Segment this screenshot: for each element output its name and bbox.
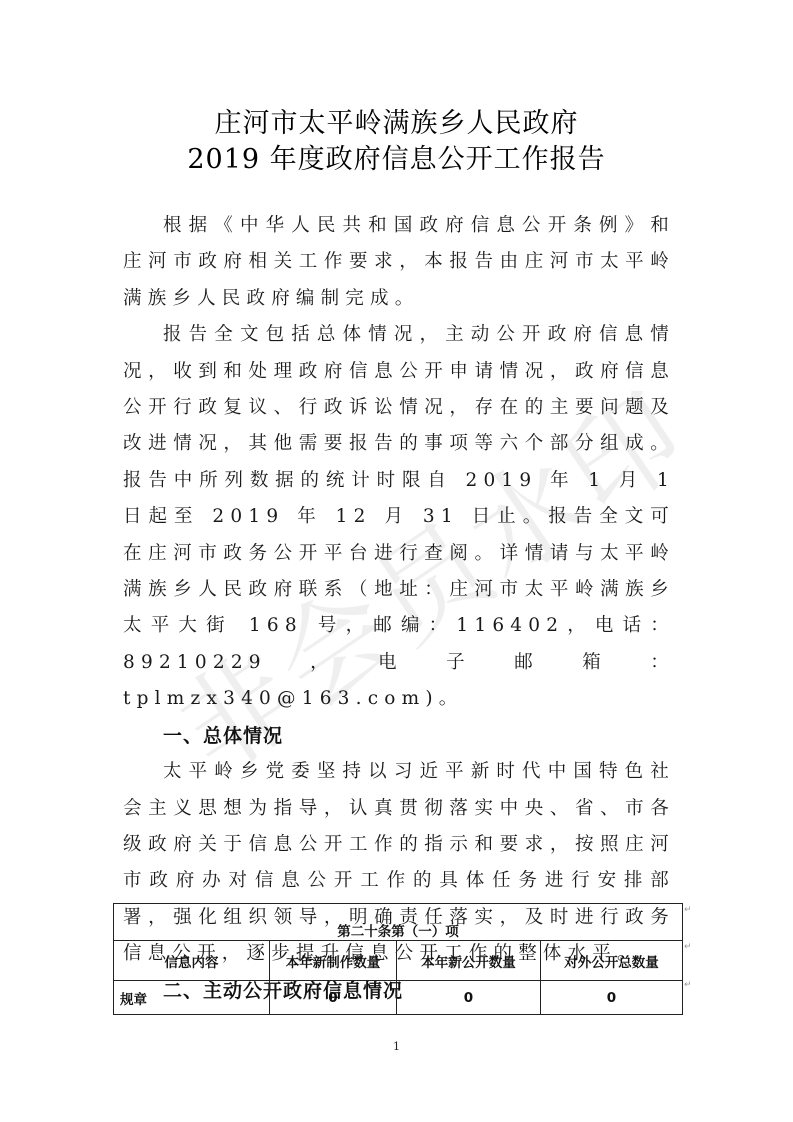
table-cell-new-made: 0 (270, 981, 397, 1015)
intro-paragraph-2: 报告全文包括总体情况，主动公开政府信息情况，收到和处理政府信息公开申请情况，政府… (123, 317, 675, 717)
table-caption: 第二十条第（一）项 (114, 904, 683, 941)
table-header-new-made: 本年新制作数量 (270, 941, 397, 981)
paragraph-mark-icon: ↵ (684, 905, 692, 915)
intro-paragraph-1: 根据《中华人民共和国政府信息公开条例》和庄河市政府相关工作要求，本报告由庄河市太… (123, 208, 675, 317)
document-page: 非会员水印 庄河市太平岭满族乡人民政府 2019 年度政府信息公开工作报告 根据… (0, 0, 793, 1122)
table-row: 规章 0 0 0 (114, 981, 683, 1015)
page-number: 1 (0, 1040, 793, 1053)
document-body: 根据《中华人民共和国政府信息公开条例》和庄河市政府相关工作要求，本报告由庄河市太… (123, 208, 675, 1009)
paragraph-mark-icon: ↵ (684, 942, 692, 952)
document-title-line2: 2019 年度政府信息公开工作报告 (0, 137, 793, 176)
document-title-line1: 庄河市太平岭满族乡人民政府 (0, 101, 793, 140)
table-header-info-content: 信息内容 (114, 941, 270, 981)
table-header-total-published: 对外公开总数量 (541, 941, 683, 981)
table-cell-total-published: 0 (541, 981, 683, 1015)
paragraph-mark-icon: ↵ (684, 980, 692, 990)
disclosure-table: 第二十条第（一）项 信息内容 本年新制作数量 本年新公开数量 对外公开总数量 规… (113, 903, 683, 1015)
section-heading-overview: 一、总体情况 (123, 718, 675, 754)
table-header-new-published: 本年新公开数量 (397, 941, 541, 981)
table-cell-label: 规章 (114, 981, 270, 1015)
table-cell-new-published: 0 (397, 981, 541, 1015)
